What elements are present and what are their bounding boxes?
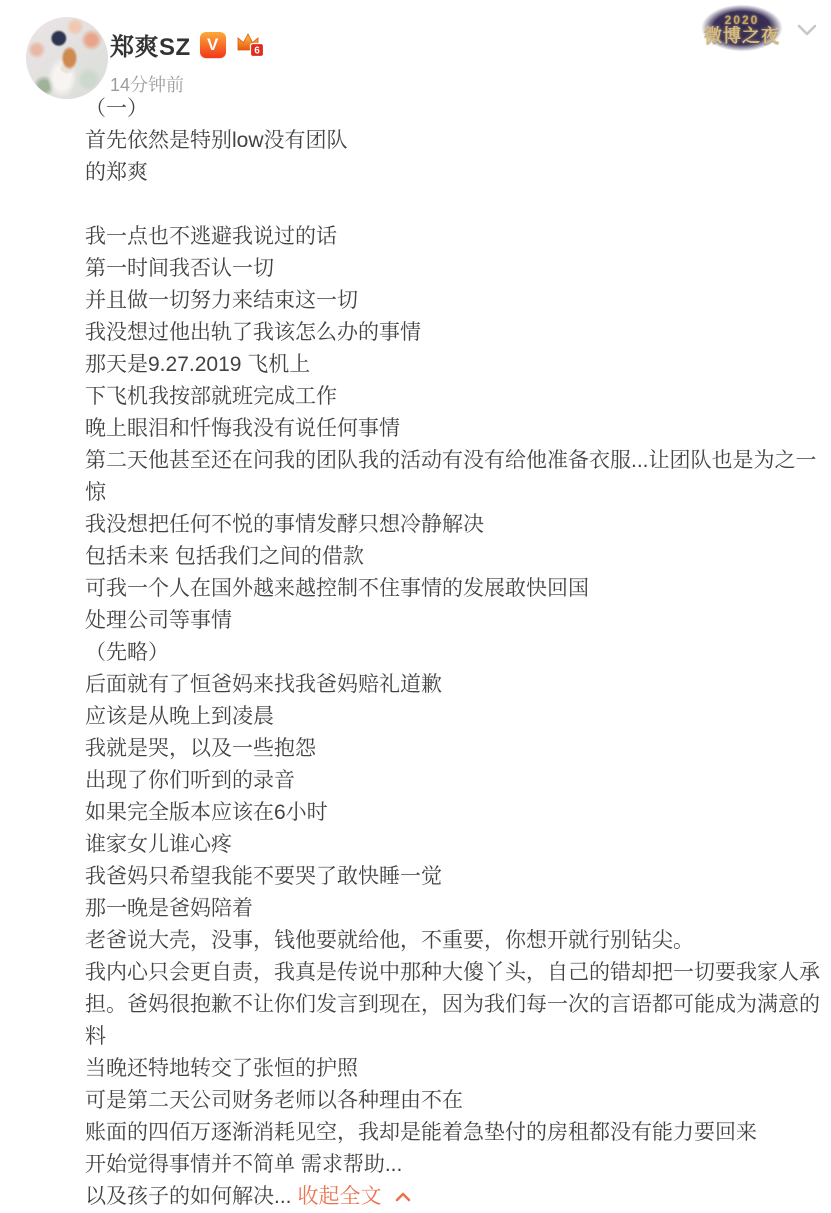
chevron-up-icon[interactable] (394, 1191, 412, 1203)
post-line: 包括未来 包括我们之间的借款 (85, 541, 821, 573)
verified-v-icon: V (200, 32, 226, 58)
post-line: 那一晚是爸妈陪着 (85, 893, 821, 925)
membership-crown-icon: 6 (235, 31, 265, 58)
post-line: 的郑爽 (85, 157, 821, 189)
post-last-line-text: 以及孩子的如何解决... (85, 1181, 292, 1213)
post-last-line: 以及孩子的如何解决... 收起全文 (85, 1181, 821, 1213)
event-badge-year: 2020 (725, 14, 760, 26)
post-line: 开始觉得事情并不简单 需求帮助... (85, 1149, 821, 1181)
post-line: 谁家女儿谁心疼 (85, 829, 821, 861)
post-line: 我没想过他出轨了我该怎么办的事情 (85, 317, 821, 349)
post-line: 后面就有了恒爸妈来找我爸妈赔礼道歉 (85, 669, 821, 701)
chevron-down-icon[interactable] (795, 20, 819, 40)
post-line: 应该是从晚上到凌晨 (85, 701, 821, 733)
post-line: 第一时间我否认一切 (85, 253, 821, 285)
post-line: 账面的四佰万逐渐消耗见空，我却是能着急垫付的房租都没有能力要回来 (85, 1117, 821, 1149)
post-text: （一）首先依然是特别low没有团队的郑爽 我一点也不逃避我说过的话第一时间我否认… (85, 93, 821, 1213)
post-line: 老爸说大壳，没事，钱他要就给他，不重要，你想开就行别钻尖。 (85, 925, 821, 957)
membership-level: 6 (254, 46, 260, 57)
post-line: 处理公司等事情 (85, 605, 821, 637)
post-line: 第二天他甚至还在问我的团队我的活动有没有给他准备衣服...让团队也是为之一惊 (85, 445, 821, 509)
post-line: 我没想把任何不悦的事情发酵只想冷静解决 (85, 509, 821, 541)
post-line: 我爸妈只希望我能不要哭了敢快睡一觉 (85, 861, 821, 893)
post-line: 晚上眼泪和忏悔我没有说任何事情 (85, 413, 821, 445)
post-line: 如果完全版本应该在6小时 (85, 797, 821, 829)
post-line: 我就是哭，以及一些抱怨 (85, 733, 821, 765)
collapse-full-text-link[interactable]: 收起全文 (298, 1181, 382, 1213)
post-line: 可是第二天公司财务老师以各种理由不在 (85, 1085, 821, 1117)
post-line: 那天是9.27.2019 飞机上 (85, 349, 821, 381)
post-line: 可我一个人在国外越来越控制不住事情的发展敢快回国 (85, 573, 821, 605)
weibo-post-page: 郑爽SZ V 6 14分钟前 2020 微博之夜 (0, 0, 831, 1213)
post-line: 我一点也不逃避我说过的话 (85, 221, 821, 253)
post-line: （先略） (85, 637, 821, 669)
post-line: 首先依然是特别low没有团队 (85, 125, 821, 157)
weibo-night-2020-badge[interactable]: 2020 微博之夜 (690, 0, 794, 60)
username[interactable]: 郑爽SZ (110, 27, 191, 62)
post-line: 出现了你们听到的录音 (85, 765, 821, 797)
post-header: 郑爽SZ V 6 14分钟前 (110, 27, 265, 97)
post-line: 并且做一切努力来结束这一切 (85, 285, 821, 317)
username-row: 郑爽SZ V 6 (110, 27, 265, 62)
user-avatar[interactable] (26, 17, 108, 99)
post-lines: （一）首先依然是特别low没有团队的郑爽 我一点也不逃避我说过的话第一时间我否认… (85, 93, 821, 1181)
post-line: （一） (85, 93, 821, 125)
post-line: 当晚还特地转交了张恒的护照 (85, 1053, 821, 1085)
post-line: 下飞机我按部就班完成工作 (85, 381, 821, 413)
post-line (85, 189, 821, 221)
post-line: 我内心只会更自责，我真是传说中那种大傻丫头，自己的错却把一切要我家人承担。爸妈很… (85, 957, 821, 1053)
event-badge-title: 微博之夜 (704, 26, 780, 46)
